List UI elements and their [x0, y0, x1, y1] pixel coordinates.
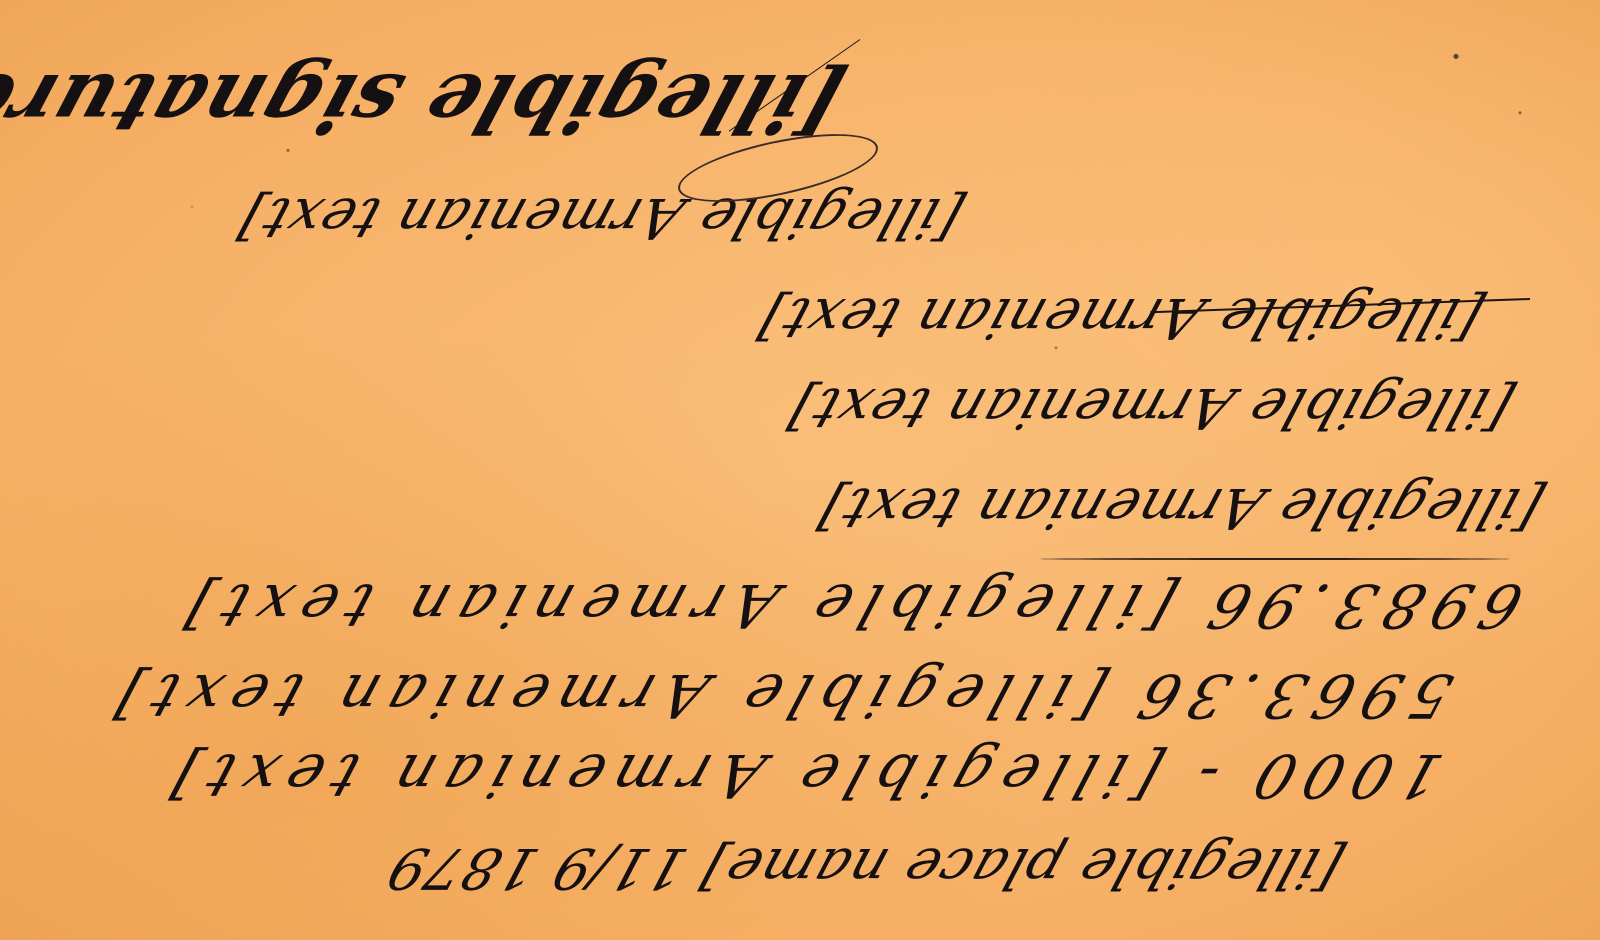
amount-text: 5963.36 [illegible Armenian text] — [98, 660, 1461, 730]
amount-line-1000: 1000 - [illegible Armenian text] — [155, 740, 1452, 810]
amount-line-6983: 6983.96 [illegible Armenian text] — [168, 570, 1531, 640]
amount-text: 6983.96 [illegible Armenian text] — [168, 570, 1531, 640]
line-text: [illegible Armenian text] — [811, 475, 1551, 540]
amount-text: 1000 - [illegible Armenian text] — [155, 740, 1452, 810]
date-line: [illegible place name] 11/9 1879 — [379, 835, 1350, 900]
line-text: [illegible Armenian text] — [781, 375, 1521, 440]
signature: [illegible signature] — [0, 56, 855, 150]
closing-text: [illegible Armenian text] — [231, 185, 971, 250]
flourish-underline — [1040, 558, 1510, 560]
amount-line-5963: 5963.36 [illegible Armenian text] — [98, 660, 1461, 730]
postcard: [illegible place name] 11/9 1879 1000 - … — [0, 0, 1600, 940]
signature-text: [illegible signature] — [0, 56, 855, 150]
date-text: [illegible place name] 11/9 1879 — [379, 835, 1350, 900]
text-line-6: [illegible Armenian text] — [781, 375, 1521, 440]
text-line-7: [illegible Armenian text] — [751, 285, 1491, 350]
closing-line: [illegible Armenian text] — [231, 185, 971, 250]
upside-down-content: [illegible place name] 11/9 1879 1000 - … — [0, 0, 1600, 940]
line-text: [illegible Armenian text] — [751, 285, 1491, 350]
text-line-5: [illegible Armenian text] — [811, 475, 1551, 540]
